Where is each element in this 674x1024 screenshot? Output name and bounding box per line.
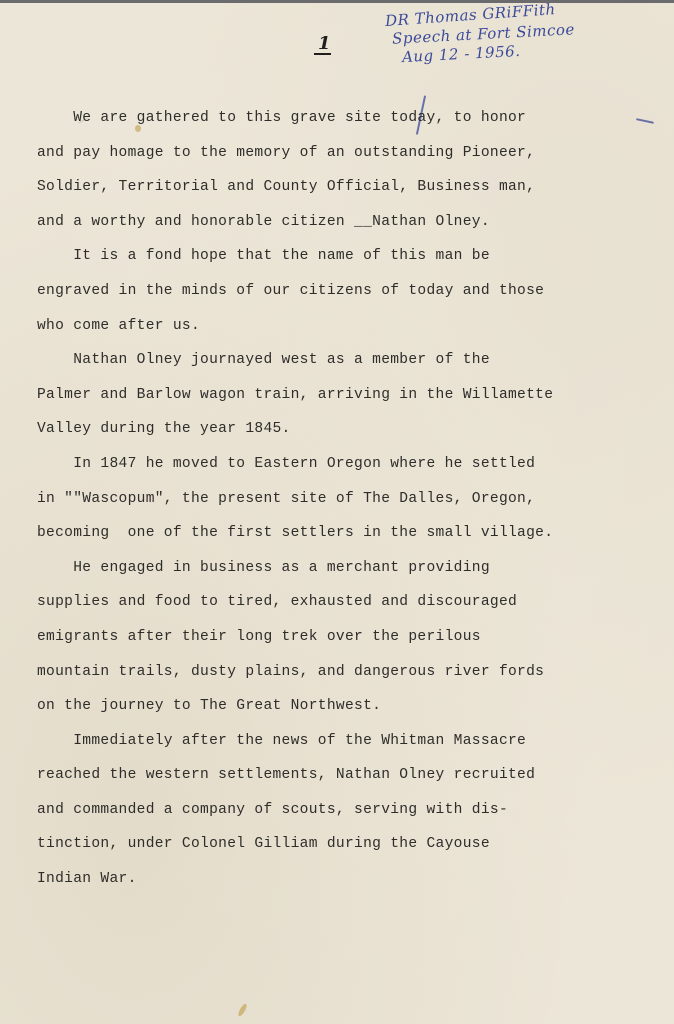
text-line: on the journey to The Great Northwest. — [37, 694, 657, 729]
text-line: emigrants after their long trek over the… — [37, 625, 657, 660]
text-line: and commanded a company of scouts, servi… — [37, 798, 657, 833]
text-line: tinction, under Colonel Gilliam during t… — [37, 832, 657, 867]
text-line: Indian War. — [37, 867, 657, 902]
text-line: We are gathered to this grave site today… — [37, 106, 657, 141]
text-line: mountain trails, dusty plains, and dange… — [37, 660, 657, 695]
text-line: Soldier, Territorial and County Official… — [37, 175, 657, 210]
text-line: becoming one of the first settlers in th… — [37, 521, 657, 556]
text-line: engraved in the minds of our citizens of… — [37, 279, 657, 314]
text-line: Nathan Olney journayed west as a member … — [37, 348, 657, 383]
text-line: and pay homage to the memory of an outst… — [37, 141, 657, 176]
text-line: in ""Wascopum", the present site of The … — [37, 487, 657, 522]
text-line: Immediately after the news of the Whitma… — [37, 729, 657, 764]
document-page: DR Thomas GRiFFith Speech at Fort Simcoe… — [0, 3, 674, 1024]
text-line: Valley during the year 1845. — [37, 417, 657, 452]
text-line: Palmer and Barlow wagon train, arriving … — [37, 383, 657, 418]
page-number: 1 — [318, 33, 331, 54]
text-line: who come after us. — [37, 314, 657, 349]
text-line: and a worthy and honorable citizen __Nat… — [37, 210, 657, 245]
speech-body: We are gathered to this grave site today… — [37, 106, 657, 902]
text-line: supplies and food to tired, exhausted an… — [37, 590, 657, 625]
page-number-underline — [314, 53, 331, 55]
text-line: reached the western settlements, Nathan … — [37, 763, 657, 798]
paper-stain — [237, 1003, 248, 1018]
text-line: In 1847 he moved to Eastern Oregon where… — [37, 452, 657, 487]
text-line: It is a fond hope that the name of this … — [37, 244, 657, 279]
text-line: He engaged in business as a merchant pro… — [37, 556, 657, 591]
handwritten-note-date: Aug 12 - 1956. — [402, 43, 521, 66]
